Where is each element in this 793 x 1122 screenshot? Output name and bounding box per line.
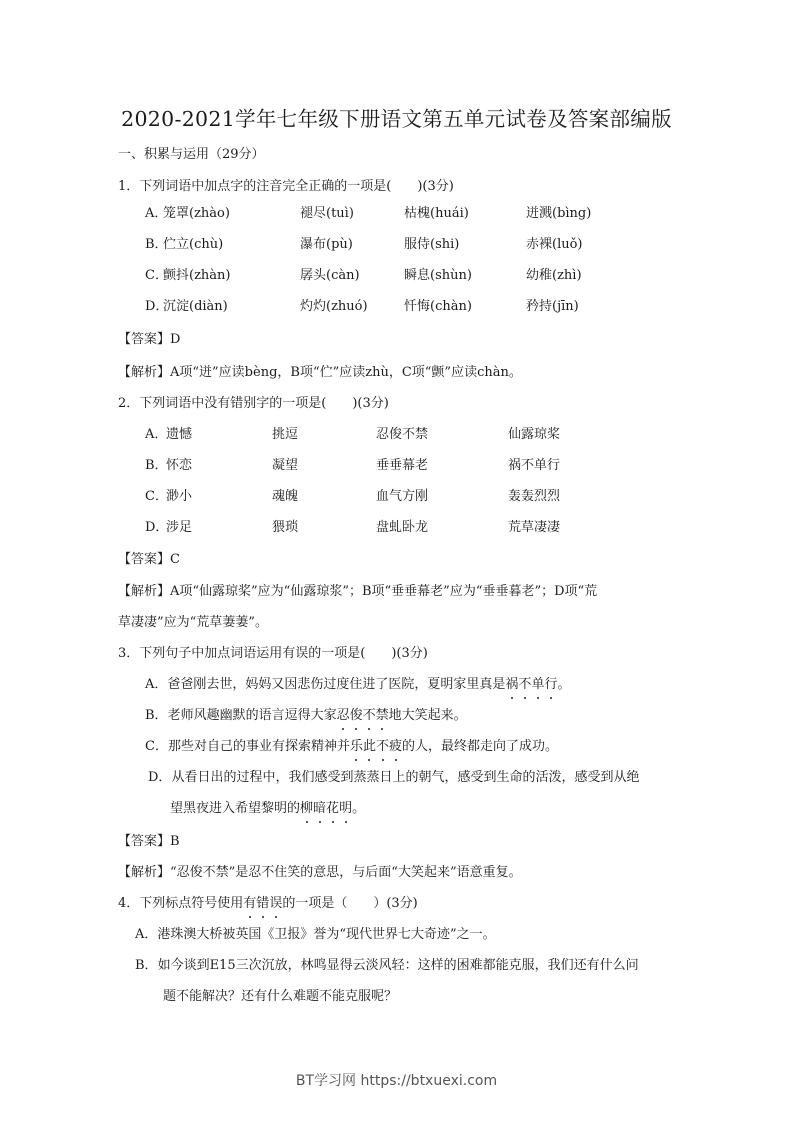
dotted-word: 有错误: [243, 896, 282, 911]
section-heading: 一、积累与运用（29分）: [118, 146, 265, 164]
dotted-word: 祸不单行: [505, 677, 557, 692]
q1-analysis: 【解析】A项“迸”应读bèng，B项“伫”应读zhù，C项“颤”应读chàn。: [118, 364, 522, 382]
q3-option-a: A．爸爸刚去世，妈妈又因悲伤过度住进了医院，夏明家里真是祸不单行。: [145, 676, 570, 694]
q3-option-d-line1: D．从看日出的过程中，我们感受到蒸蒸日上的朝气，感受到生命的活泼，感受到从绝: [148, 769, 639, 787]
dotted-word: 忍俊不禁: [337, 708, 389, 723]
dotted-word: 乐此不疲: [350, 739, 402, 754]
q3-answer: 【答案】B: [118, 833, 180, 851]
q3-option-d-line2: 望黑夜进入希望黎明的柳暗花明。: [170, 800, 365, 818]
q4-stem: 4．下列标点符号使用有错误的一项是（ ）(3分): [118, 895, 418, 913]
q2-analysis-line1: 【解析】A项“仙露琼桨”应为“仙露琼浆”；B项“垂垂幕老”应为“垂垂暮老”；D项…: [118, 583, 597, 601]
q2-answer: 【答案】C: [118, 551, 180, 569]
q1-stem: 1．下列词语中加点字的注音完全正确的一项是( )(3分): [118, 178, 454, 196]
q3-analysis: 【解析】“忍俊不禁”是忍不住笑的意思，与后面“大笑起来”语意重复。: [118, 864, 522, 882]
q1-answer: 【答案】D: [118, 331, 180, 349]
q3-option-c: C．那些对自己的事业有探索精神并乐此不疲的人，最终都走向了成功。: [145, 738, 558, 756]
footer-watermark: BT学习网 https://btxuexi.com: [0, 1070, 793, 1090]
document-title: 2020-2021学年七年级下册语文第五单元试卷及答案部编版: [0, 102, 793, 132]
q4-option-b-line1: B．如今谈到E15三次沉放，林鸣显得云淡风轻：这样的困难都能克服，我们还有什么问: [135, 957, 639, 975]
q3-option-b: B．老师风趣幽默的语言逗得大家忍俊不禁地大笑起来。: [145, 707, 467, 725]
q4-option-a: A．港珠澳大桥被英国《卫报》誉为“现代世界七大奇迹”之一。: [135, 926, 496, 944]
q2-stem: 2．下列词语中没有错别字的一项是( )(3分): [118, 395, 389, 413]
q4-option-b-line2: 题不能解决？还有什么难题不能克服呢？: [163, 988, 397, 1006]
q3-stem: 3．下列句子中加点词语运用有误的一项是( )(3分): [118, 645, 428, 663]
q2-analysis-line2: 草凄凄”应为“荒草萋萋”。: [118, 614, 268, 632]
dotted-word: 柳暗花明: [300, 801, 352, 816]
